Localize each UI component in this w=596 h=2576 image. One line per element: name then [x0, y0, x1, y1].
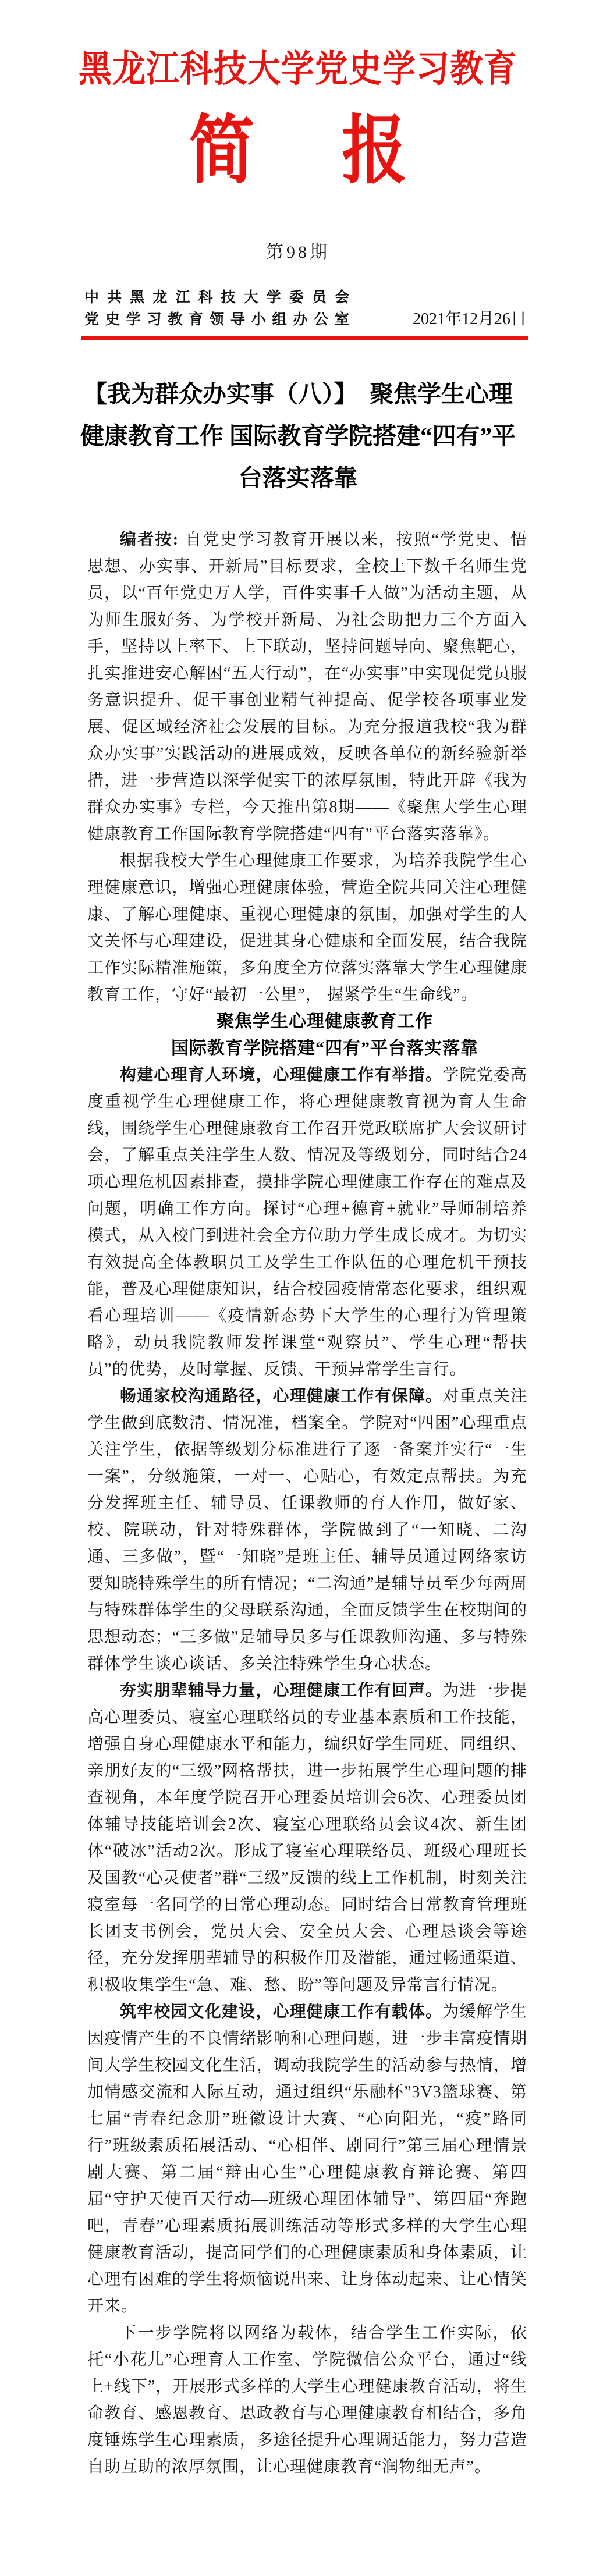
paragraph-text: 为进一步提高心理委员、寝室心理联络员的专业基本素质和工作技能，增强自身心理健康水…: [87, 1682, 527, 1994]
paragraph-text: 根据我校大学生心理健康工作要求，为培养我院学生心理健康意识，增强心理健康体验，营…: [87, 852, 527, 1004]
paragraph-text: 为缓解学生因疫情产生的不良情绪影响和心理问题，进一步丰富疫情期间大学生校园文化生…: [87, 2003, 527, 2315]
body-paragraph: 筑牢校园文化建设，心理健康工作有载体。为缓解学生因疫情产生的不良情绪影响和心理问…: [87, 1999, 527, 2320]
article-title: 【我为群众办实事（八）】 聚焦学生心理 健康教育工作 国际教育学院搭建“四有”平…: [34, 373, 562, 499]
article-body: 编者按:自党史学习教育开展以来，按照“学党史、悟思想、办实事、开新局”目标要求，…: [87, 527, 527, 2481]
masthead-info-row: 中共黑龙江科技大学委员会 党史学习教育领导小组办公室 2021年12月26日: [84, 286, 527, 331]
issue-date: 2021年12月26日: [413, 308, 527, 331]
paragraph-text: 学院党委高度重视学生心理健康工作，将心理健康教育视为育人生命线，围绕学生心理健康…: [87, 1066, 527, 1378]
section-subtitle-2: 国际教育学院搭建“四有”平台落实落靠: [87, 1035, 527, 1062]
article-title-line: 【我为群众办实事（八）】 聚焦学生心理: [34, 373, 562, 415]
issue-number: 第98期: [0, 237, 596, 263]
masthead-title: 黑龙江科技大学党史学习教育: [0, 50, 596, 89]
issuing-org-block: 中共黑龙江科技大学委员会 党史学习教育领导小组办公室: [84, 286, 349, 331]
brief-title: 简 报: [0, 114, 596, 189]
org-office-line: 党史学习教育领导小组办公室: [84, 308, 349, 331]
body-paragraph: 夯实朋辈辅导力量，心理健康工作有回声。为进一步提高心理委员、寝室心理联络员的专业…: [87, 1678, 527, 1999]
body-paragraph: 下一步学院将以网络为载体，结合学生工作实际，依托“小花儿”心理育人工作室、学院微…: [87, 2320, 527, 2481]
paragraph-lead: 筑牢校园文化建设，心理健康工作有载体。: [120, 2003, 442, 2021]
paragraph-text: 对重点关注学生做到底数清、情况准，档案全。学院对“四困”心理重点关注学生，依据等…: [87, 1387, 527, 1673]
article-title-line: 台落实落靠: [34, 457, 562, 499]
bulletin-page: 黑龙江科技大学党史学习教育 简 报 第98期 中共黑龙江科技大学委员会 党史学习…: [0, 0, 596, 2576]
brief-char-jian: 简: [189, 114, 254, 189]
body-paragraph: 构建心理育人环境，心理健康工作有举措。学院党委高度重视学生心理健康工作，将心理健…: [87, 1062, 527, 1383]
section-subtitle-1: 聚焦学生心理健康教育工作: [87, 1008, 527, 1035]
paragraph-lead: 夯实朋辈辅导力量，心理健康工作有回声。: [120, 1682, 442, 1700]
brief-char-bao: 报: [342, 114, 407, 189]
org-committee-line: 中共黑龙江科技大学委员会: [84, 286, 349, 308]
red-divider: [81, 336, 528, 340]
body-paragraph: 根据我校大学生心理健康工作要求，为培养我院学生心理健康意识，增强心理健康体验，营…: [87, 848, 527, 1008]
paragraph-lead: 构建心理育人环境，心理健康工作有举措。: [120, 1066, 442, 1084]
paragraph-text: 下一步学院将以网络为载体，结合学生工作实际，依托“小花儿”心理育人工作室、学院微…: [87, 2324, 527, 2476]
editor-note-label: 编者按:: [120, 531, 179, 549]
body-paragraph: 畅通家校沟通路径，心理健康工作有保障。对重点关注学生做到底数清、情况准，档案全。…: [87, 1383, 527, 1678]
editor-note-text: 自党史学习教育开展以来，按照“学党史、悟思想、办实事、开新局”目标要求，全校上下…: [87, 531, 527, 843]
article-title-line: 健康教育工作 国际教育学院搭建“四有”平: [34, 415, 562, 457]
paragraph-lead: 畅通家校沟通路径，心理健康工作有保障。: [120, 1387, 442, 1405]
editor-note: 编者按:自党史学习教育开展以来，按照“学党史、悟思想、办实事、开新局”目标要求，…: [87, 527, 527, 848]
